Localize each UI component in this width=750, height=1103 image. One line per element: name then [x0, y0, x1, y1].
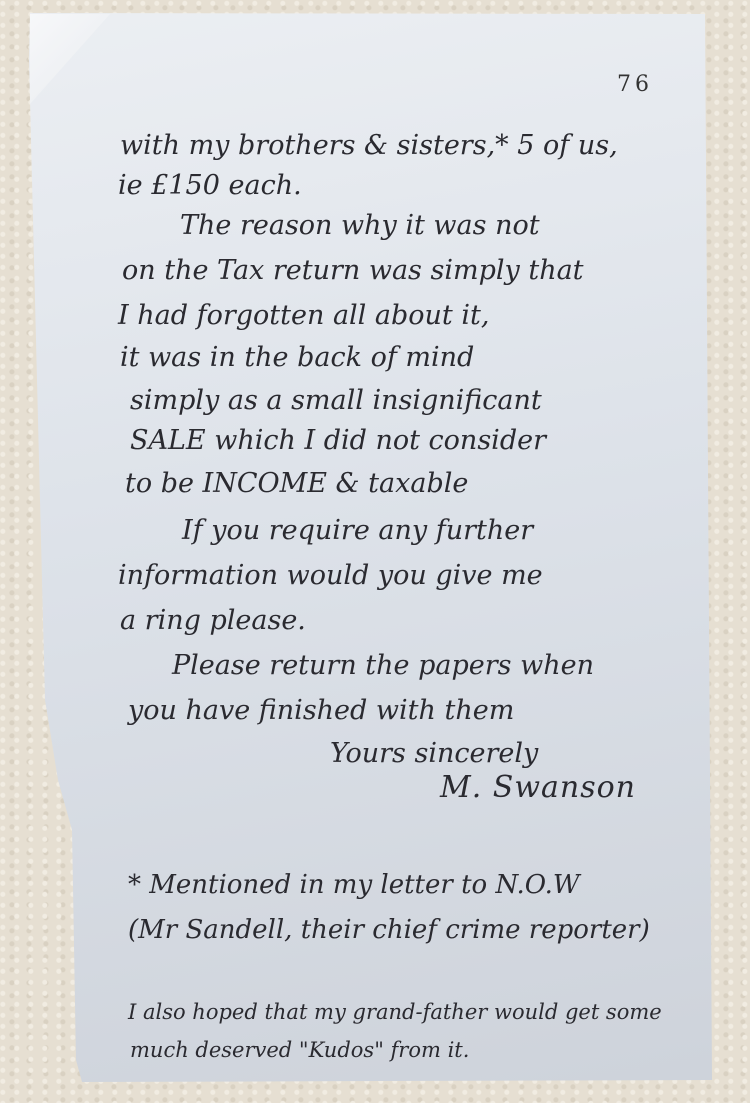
body-line: on the Tax return was simply that — [122, 255, 584, 286]
body-line: information would you give me — [118, 560, 543, 591]
body-line: If you require any further — [182, 515, 533, 546]
page-number: 76 — [617, 72, 653, 97]
body-line: I had forgotten all about it, — [118, 300, 489, 331]
body-line: it was in the back of mind — [120, 342, 474, 373]
signature: M. Swanson — [440, 770, 636, 805]
body-line: a ring please. — [120, 605, 306, 636]
body-line: Please return the papers when — [172, 650, 594, 681]
closing: Yours sincerely — [330, 738, 538, 769]
body-line: The reason why it was not — [180, 210, 540, 241]
body-line: you have finished with them — [128, 695, 514, 726]
footnote-line: * Mentioned in my letter to N.O.W — [128, 870, 580, 900]
body-line: to be INCOME & taxable — [125, 468, 468, 499]
postscript-line: I also hoped that my grand-father would … — [128, 1000, 662, 1024]
postscript-line: much deserved "Kudos" from it. — [130, 1038, 469, 1062]
body-line: with my brothers & sisters,* 5 of us, — [120, 130, 618, 161]
footnote-line: (Mr Sandell, their chief crime reporter) — [128, 915, 650, 945]
body-line: ie £150 each. — [118, 170, 302, 201]
body-line: simply as a small insignificant — [130, 385, 542, 416]
body-line: SALE which I did not consider — [130, 425, 546, 456]
